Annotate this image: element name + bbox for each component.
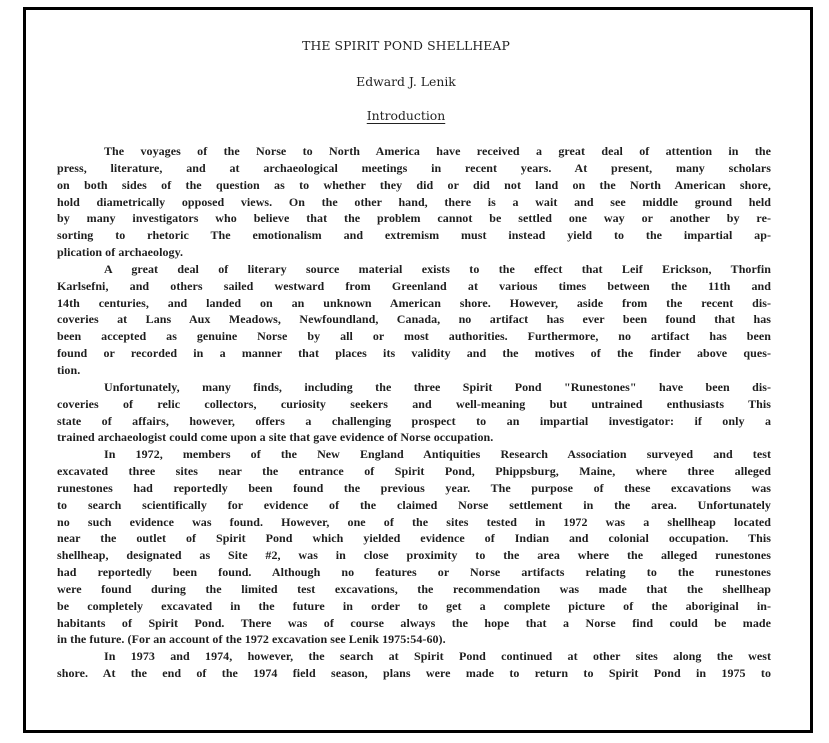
paragraph-line: by many investigators who believe that t… (57, 210, 771, 227)
paragraph: In 1972, members of the New England Anti… (57, 446, 771, 648)
paragraph-line: habitants of Spirit Pond. There was of c… (57, 615, 771, 632)
paragraph-line: state of affairs, however, offers a chal… (57, 413, 771, 430)
document-body: The voyages of the Norse to North Americ… (57, 143, 771, 682)
paragraph-line: in the future. (For an account of the 19… (57, 631, 771, 648)
paragraph-line: coveries at Lans Aux Meadows, Newfoundla… (57, 311, 771, 328)
paragraph: The voyages of the Norse to North Americ… (57, 143, 771, 261)
paragraph-line: shellheap, designated as Site #2, was in… (57, 547, 771, 564)
paragraph-line: hold diametrically opposed views. On the… (57, 194, 771, 211)
section-heading: Introduction (0, 108, 812, 123)
paragraph-line: 14th centuries, and landed on an unknown… (57, 295, 771, 312)
paragraph-line: excavated three sites near the entrance … (57, 463, 771, 480)
paragraph-line: A great deal of literary source material… (57, 261, 771, 278)
paragraph-line: plication of archaeology. (57, 244, 771, 261)
paragraph-line: be completely excavated in the future in… (57, 598, 771, 615)
paragraph-line: to search scientifically for evidence of… (57, 497, 771, 514)
paragraph-line: sorting to rhetoric The emotionalism and… (57, 227, 771, 244)
document-title: THE SPIRIT POND SHELLHEAP (0, 38, 812, 53)
paragraph-line: were found during the limited test excav… (57, 581, 771, 598)
document-author: Edward J. Lenik (0, 74, 812, 89)
paragraph-line: found or recorded in a manner that place… (57, 345, 771, 362)
paragraph-line: In 1973 and 1974, however, the search at… (57, 648, 771, 665)
paragraph-line: coveries of relic collectors, curiosity … (57, 396, 771, 413)
paragraph-line: press, literature, and at archaeological… (57, 160, 771, 177)
paragraph-line: had reportedly been found. Although no f… (57, 564, 771, 581)
paragraph-line: Unfortunately, many finds, including the… (57, 379, 771, 396)
paragraph-line: near the outlet of Spirit Pond which yie… (57, 530, 771, 547)
paragraph-line: tion. (57, 362, 771, 379)
paragraph-line: The voyages of the Norse to North Americ… (57, 143, 771, 160)
paragraph-line: been accepted as genuine Norse by all or… (57, 328, 771, 345)
paragraph-line: trained archaeologist could come upon a … (57, 429, 771, 446)
paragraph-line: Karlsefni, and others sailed westward fr… (57, 278, 771, 295)
paragraph-line: runestones had reportedly been found the… (57, 480, 771, 497)
paragraph-line: shore. At the end of the 1974 field seas… (57, 665, 771, 682)
paragraph-line: In 1972, members of the New England Anti… (57, 446, 771, 463)
paragraph-line: no such evidence was found. However, one… (57, 514, 771, 531)
paragraph: Unfortunately, many finds, including the… (57, 379, 771, 446)
paragraph: In 1973 and 1974, however, the search at… (57, 648, 771, 682)
paragraph-line: on both sides of the question as to whet… (57, 177, 771, 194)
section-heading-text: Introduction (367, 108, 445, 123)
paragraph: A great deal of literary source material… (57, 261, 771, 379)
